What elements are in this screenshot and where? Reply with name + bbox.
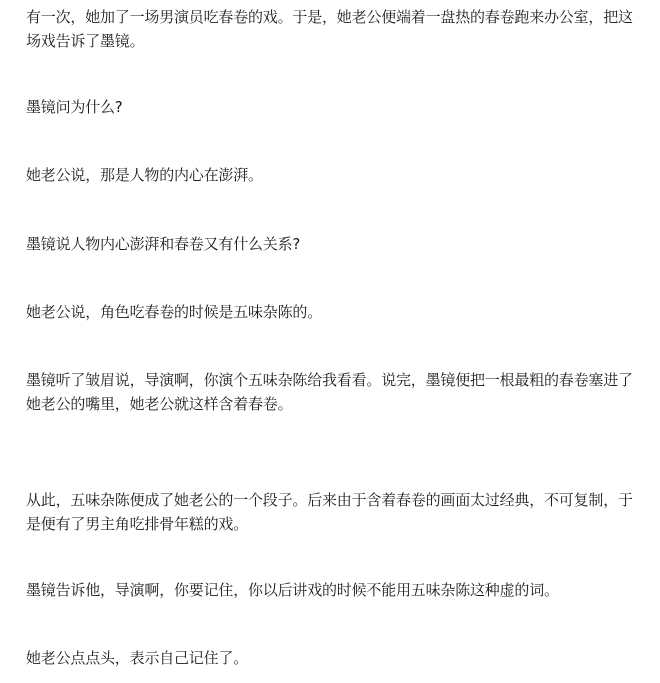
paragraph-1: 有一次，她加了一场男演员吃春卷的戏。于是，她老公便端着一盘热的春卷跑来办公室，把… xyxy=(26,5,642,53)
paragraph-6: 墨镜听了皱眉说，导演啊，你演个五味杂陈给我看看。说完，墨镜便把一根最粗的春卷塞进… xyxy=(26,368,642,416)
paragraph-7: 从此，五味杂陈便成了她老公的一个段子。后来由于含着春卷的画面太过经典，不可复制，… xyxy=(26,488,642,536)
paragraph-9: 她老公点点头，表示自己记住了。 xyxy=(26,646,642,670)
paragraph-5: 她老公说，角色吃春卷的时候是五味杂陈的。 xyxy=(26,300,642,324)
paragraph-3: 她老公说，那是人物的内心在澎湃。 xyxy=(26,163,642,187)
paragraph-8: 墨镜告诉他，导演啊，你要记住，你以后讲戏的时候不能用五味杂陈这种虚的词。 xyxy=(26,578,642,602)
paragraph-2: 墨镜问为什么? xyxy=(26,95,642,119)
paragraph-4: 墨镜说人物内心澎湃和春卷又有什么关系? xyxy=(26,232,642,256)
